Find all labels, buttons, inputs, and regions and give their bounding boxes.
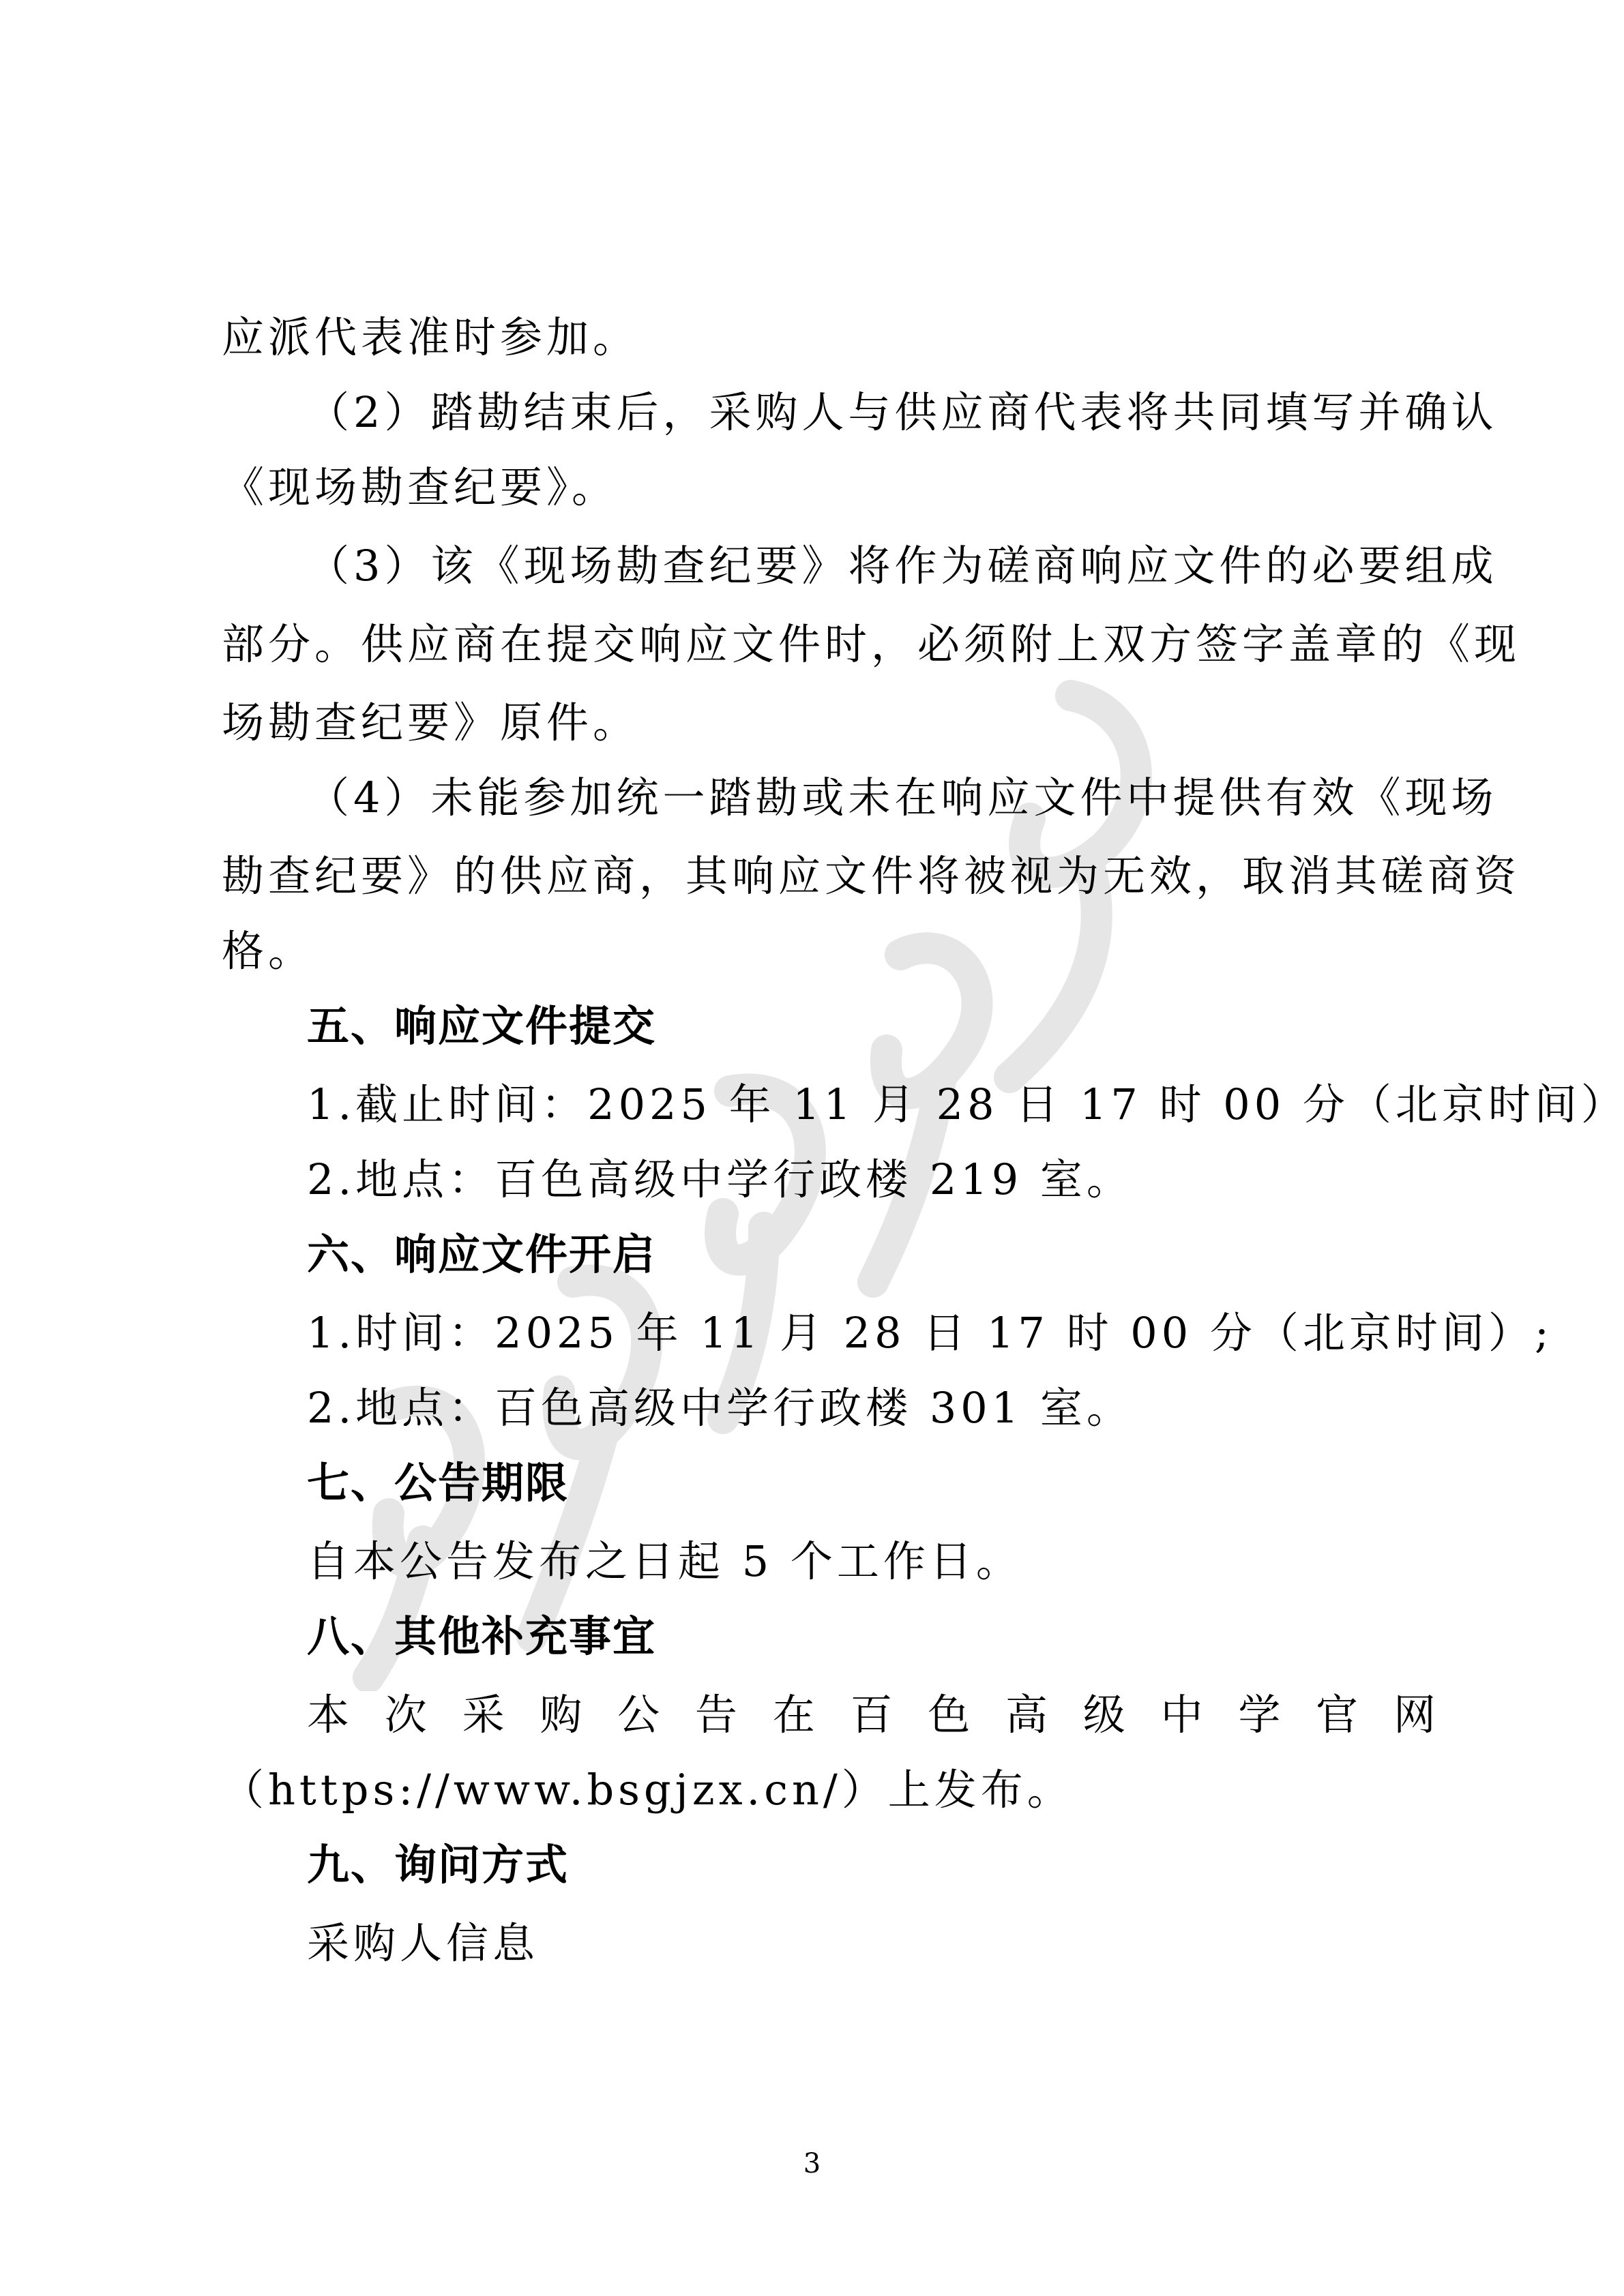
char: 次 bbox=[385, 1688, 427, 1742]
purchaser-info-label: 采购人信息 bbox=[307, 1916, 1521, 1971]
char: 高 bbox=[1005, 1688, 1048, 1742]
char: 网 bbox=[1393, 1688, 1436, 1742]
website-link-text: （https://www.bsgjzx.cn/）上发布。 bbox=[222, 1763, 1436, 1817]
paragraph-line: （2）踏勘结束后，采购人与供应商代表将共同填写并确认 bbox=[307, 385, 1521, 440]
char: 本 bbox=[307, 1688, 349, 1742]
page-number: 3 bbox=[0, 2148, 1624, 2179]
char: 采 bbox=[462, 1688, 505, 1742]
char: 官 bbox=[1316, 1688, 1358, 1742]
section-heading: 八、其他补充事宜 bbox=[307, 1609, 1521, 1664]
supplementary-text: 本 次 采 购 公 告 在 百 色 高 级 中 学 官 网 bbox=[307, 1688, 1436, 1742]
section-heading: 七、公告期限 bbox=[307, 1456, 1521, 1510]
char: 中 bbox=[1161, 1688, 1203, 1742]
document-page: 应派代表准时参加。 （2）踏勘结束后，采购人与供应商代表将共同填写并确认 《现场… bbox=[0, 0, 1624, 2296]
submission-location: 2.地点：百色高级中学行政楼 219 室。 bbox=[307, 1152, 1521, 1207]
opening-location: 2.地点：百色高级中学行政楼 301 室。 bbox=[307, 1381, 1521, 1435]
deadline-time: 1.截止时间：2025 年 11 月 28 日 17 时 00 分（北京时间）; bbox=[307, 1077, 1521, 1132]
char: 公 bbox=[617, 1688, 660, 1742]
char: 级 bbox=[1083, 1688, 1125, 1742]
char: 百 bbox=[850, 1688, 892, 1742]
paragraph-line: 应派代表准时参加。 bbox=[222, 310, 1436, 365]
char: 告 bbox=[695, 1688, 737, 1742]
char: 购 bbox=[540, 1688, 582, 1742]
notice-period-text: 自本公告发布之日起 5 个工作日。 bbox=[307, 1534, 1521, 1589]
section-heading: 九、询问方式 bbox=[307, 1838, 1521, 1892]
char: 色 bbox=[928, 1688, 970, 1742]
char: 在 bbox=[773, 1688, 815, 1742]
char: 学 bbox=[1238, 1688, 1280, 1742]
section-heading: 五、响应文件提交 bbox=[307, 999, 1521, 1054]
paragraph-line: （3）该《现场勘查纪要》将作为磋商响应文件的必要组成 bbox=[307, 539, 1521, 593]
paragraph-line: 格。 bbox=[222, 924, 1436, 979]
section-heading: 六、响应文件开启 bbox=[307, 1227, 1521, 1282]
paragraph-line: （4）未能参加统一踏勘或未在响应文件中提供有效《现场 bbox=[307, 771, 1521, 825]
paragraph-line: 勘查纪要》的供应商，其响应文件将被视为无效，取消其磋商资 bbox=[222, 849, 1436, 904]
paragraph-line: 部分。供应商在提交响应文件时，必须附上双方签字盖章的《现 bbox=[222, 617, 1436, 672]
opening-time: 1.时间：2025 年 11 月 28 日 17 时 00 分（北京时间）; bbox=[307, 1306, 1521, 1360]
paragraph-line: 场勘查纪要》原件。 bbox=[222, 696, 1436, 750]
paragraph-line: 《现场勘查纪要》。 bbox=[222, 460, 1436, 515]
